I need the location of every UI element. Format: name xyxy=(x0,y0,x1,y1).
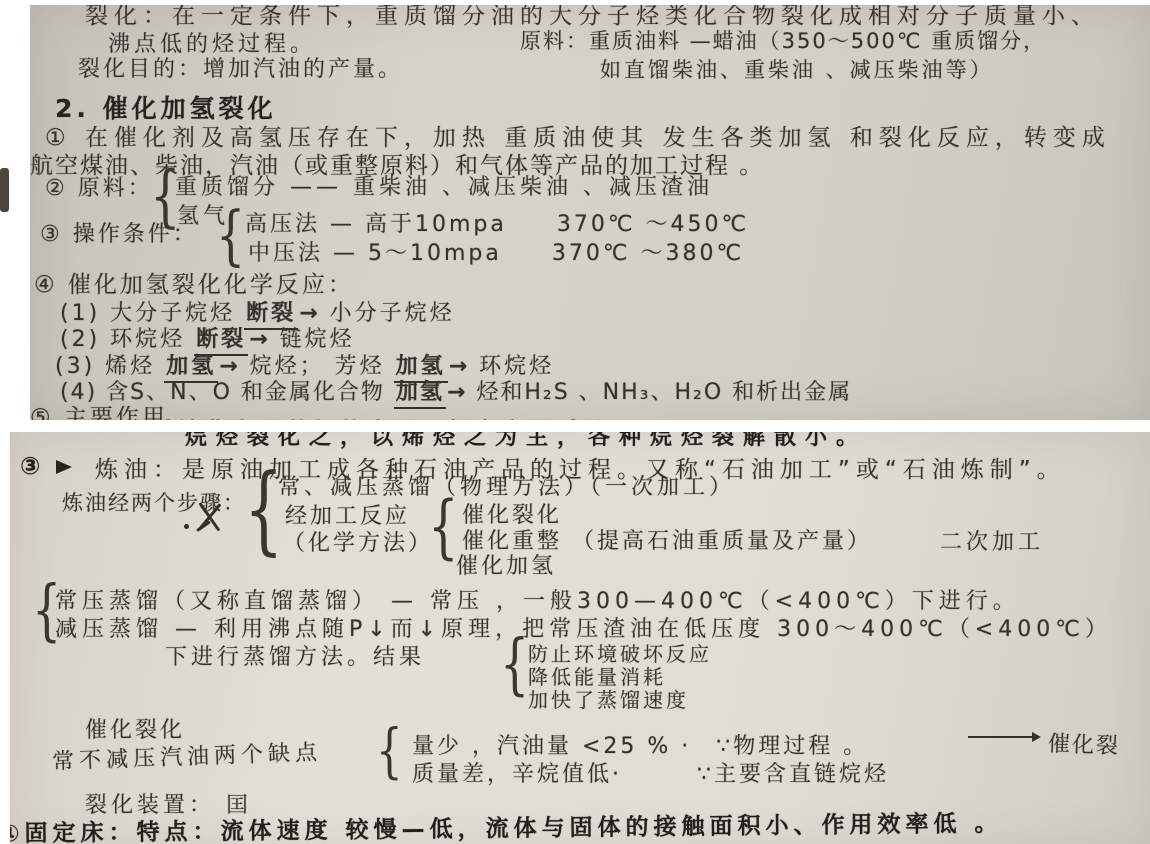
brace-conditions: { xyxy=(216,203,245,267)
pointer-arrow-line xyxy=(968,736,1034,738)
dot-doodle xyxy=(184,524,189,529)
note-condition-high-pressure: 高压法 — 高于10mpa 370℃ ～450℃ xyxy=(245,207,749,238)
note-drawback-2: 质量差，辛烷值低· ∵主要含直链烷烃 xyxy=(412,757,889,788)
brace-results: { xyxy=(500,630,529,697)
note-atmospheric-distillation: 常压蒸馏（又称直馏蒸馏） — 常压 ，一般300—400℃（<400℃）下进行。 xyxy=(55,584,1020,615)
note-step1-distillation: 常、减压蒸馏（物理方法）（一次加工） xyxy=(278,470,735,501)
note-line-feedstock2: 如直馏柴油、重柴油 、减压柴油等） xyxy=(600,54,994,84)
reaction-arrow-icon: → xyxy=(447,380,467,405)
note-pointer-target: 催化裂 xyxy=(1047,727,1120,760)
note-drawback-1: 量少 ，汽油量 <25 % · ∵物理过程 。 xyxy=(412,729,868,760)
note-line-feedstock: 原料：重质油料 —蜡油（350～500℃ 重质馏分， xyxy=(520,25,1046,55)
refining-marker: ③ xyxy=(20,452,43,480)
bottom-photo: 烷烃裂化之，以烯烃之为主，各种烷烃裂解散小。 ③ 炼油：是原油加工成各种石油产品… xyxy=(10,432,1150,844)
pointer-arrow-head-icon xyxy=(1032,732,1041,742)
note-result-3: 加快了蒸馏速度 xyxy=(528,684,689,713)
cross-doodle xyxy=(196,502,222,532)
note-raw-material-item1: 重质馏分 —— 重柴油 、减压柴油 、减压渣油 xyxy=(175,170,713,201)
note-condition-mid-pressure: 中压法 — 5～10mpa 370℃ ～380℃ xyxy=(248,236,744,267)
section-heading-catalytic-cracking: 催化裂化 xyxy=(85,713,185,744)
note-line-cutoff-top: 烷烃裂化之，以烯烃之为主，各种烷烃裂解散小。 xyxy=(185,432,867,451)
reaction-product: 烃和H₂S 、NH₃、H₂O 和析出金属 xyxy=(476,380,852,405)
note-chem-hydrogenation: 催化加氢 xyxy=(456,549,556,580)
reaction-condition-label: 加氢 xyxy=(394,375,446,409)
note-label-raw-material: ② 原料： xyxy=(45,171,153,202)
arrow-marker-icon xyxy=(56,460,72,474)
note-label-conditions: ③ 操作条件： xyxy=(40,217,198,248)
brace-chemical-methods: { xyxy=(428,492,459,562)
ink-smudge xyxy=(0,168,9,212)
reaction-line-4: (4) 含S、N、O 和金属化合物加氢→烃和H₂S 、NH₃、H₂O 和析出金属 xyxy=(60,375,852,409)
note-secondary-processing: 二次加工 xyxy=(940,525,1044,556)
note-step2b-chemical: （化学方法） xyxy=(283,526,433,557)
note-vacuum-distillation-2: 下进行蒸馏方法。结果 xyxy=(165,640,425,671)
note-line-purpose: 裂化目的：增加汽油的产量。 xyxy=(78,52,403,83)
top-photo: 裂化：在一定条件下，重质馏分油的大分子烃类化合物裂化成相对分子质量小、 沸点低的… xyxy=(30,5,1150,420)
note-line-cutoff-bottom: 提高轻质油收率及其烃的含量，提高产品质量 xyxy=(70,414,610,420)
brace-drawbacks: { xyxy=(376,722,403,781)
section-heading-reactions: ④ 催化加氢裂化化学反应： xyxy=(34,266,354,299)
